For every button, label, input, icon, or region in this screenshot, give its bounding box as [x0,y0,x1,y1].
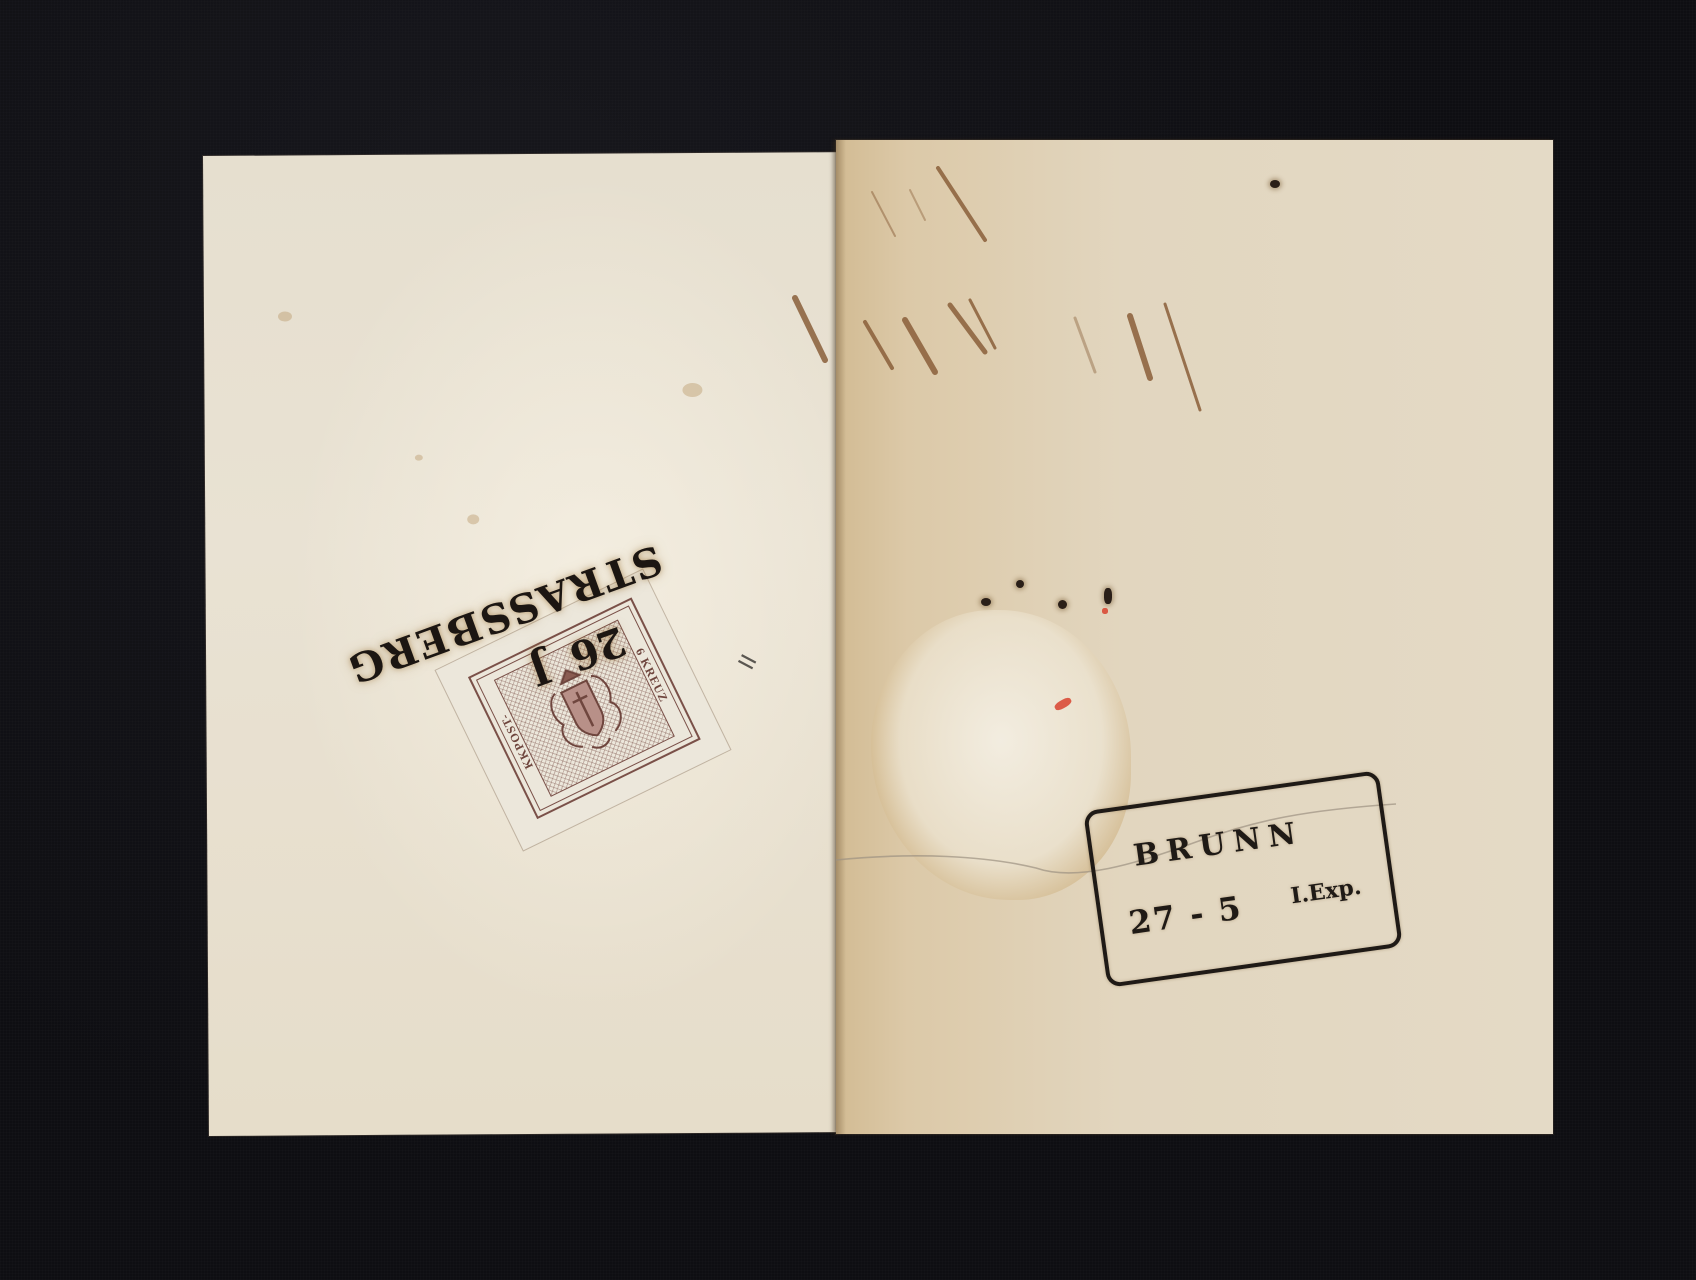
ink-blot [1058,600,1067,609]
postmark-day: 26 [564,617,632,680]
postmark-box-service: I.Exp. [1289,874,1363,910]
ink-blot [1016,580,1024,588]
foxing-spot [278,311,292,321]
ink-blot [1270,180,1280,188]
philatelic-scene: KKPOST- 6 KREUZ STRASSBERG 26J [0,0,1696,1280]
foxing-spot [682,383,702,397]
red-ink-speck [1102,608,1108,614]
foxing-spot [415,455,423,461]
postmark-month: J [523,644,557,695]
ink-blot [981,598,991,606]
postmark-box-date: 27 - 5 [1126,889,1245,943]
foxing-spot [467,514,479,524]
postmark-box-town: BRUNN [1131,815,1306,873]
letter-sheet-right-panel [836,140,1553,1134]
ink-blot [1104,588,1112,604]
